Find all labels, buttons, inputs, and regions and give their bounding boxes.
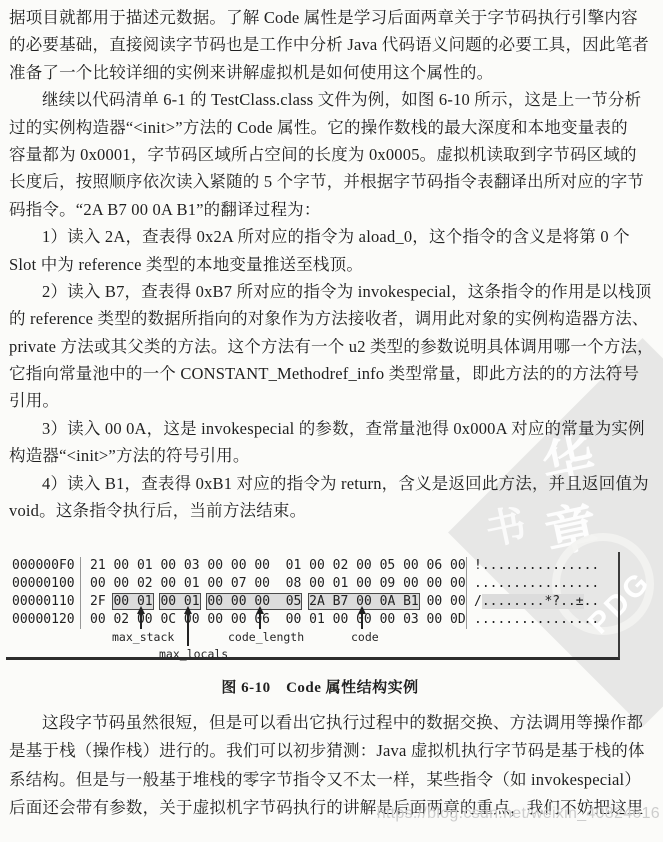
hex-row-code-attribute: 00000110 2F 00 01 00 01 00 00 00 05 2A B…: [6, 593, 618, 611]
hex-offset: 00000110: [6, 593, 80, 611]
text-line: 过的实例构造器“<init>”方法的 Code 属性。它的操作数栈的最大深度和本…: [9, 114, 659, 141]
text-line-content: 容量都为 0x0001，字节码区域所占空间的长度为 0x0005。虚拟机读取到字…: [9, 145, 637, 164]
text-line-content: 系结构。但是与一般基于堆栈的零字节指令又不太一样，某些指令（如 invokesp…: [9, 770, 641, 789]
text-line-content: 的必要基础，直接阅读字节码也是工作中分析 Java 代码语义问题的必要工具，因此…: [9, 35, 649, 54]
arrow-code-length: [259, 613, 261, 629]
arrow-max-stack: [140, 613, 142, 629]
text-line-content: 3）读入 00 0A，这是 invokespecial 的参数，查常量池得 0x…: [42, 419, 645, 438]
text-line-content: 码指令。“2A B7 00 0A B1”的翻译过程为：: [9, 200, 321, 219]
text-line: 准备了一个比较详细的实例来讲解虚拟机是如何使用这个属性的。: [9, 59, 659, 86]
label-code: code: [351, 630, 379, 644]
hex-ascii-post: ..: [584, 594, 600, 609]
text-line-content: 据项目就都用于描述元数据。了解 Code 属性是学习后面两章关于字节码执行引擎内…: [9, 8, 638, 27]
hex-ascii-highlight: ........*?..±: [482, 594, 584, 609]
label-max-stack: max_stack: [112, 630, 174, 644]
hex-ascii: ................: [466, 575, 618, 593]
text-line-content: 这段字节码虽然很短，但是可以看出它执行过程中的数据交换、方法调用等操作都: [42, 713, 643, 732]
text-line-content: 的 reference 类型的数据所指向的对象作为方法接收者，调用此对象的实例构…: [9, 309, 649, 328]
text-line: 长度后，按照顺序依次读入紧随的 5 个字节，并根据字节码指令表翻译出所对应的字节: [9, 168, 659, 195]
text-line: void。这条指令执行后，当前方法结束。: [9, 497, 659, 524]
label-code-length: code_length: [228, 630, 304, 644]
arrow-code: [361, 613, 363, 629]
text-line-content: 4）读入 B1，查表得 0xB1 对应的指令为 return，含义是返回此方法，…: [42, 474, 649, 493]
text-line: 系结构。但是与一般基于堆栈的零字节指令又不太一样，某些指令（如 invokesp…: [9, 766, 659, 794]
hex-byte-group: 00 01: [113, 594, 152, 609]
hex-offset: 00000100: [6, 575, 80, 593]
text-line-content: 1）读入 2A，查表得 0x2A 所对应的指令为 aload_0，这个指令的含义…: [42, 227, 630, 246]
text-line-content: 长度后，按照顺序依次读入紧随的 5 个字节，并根据字节码指令表翻译出所对应的字节: [9, 172, 644, 191]
body-text-top: 据项目就都用于描述元数据。了解 Code 属性是学习后面两章关于字节码执行引擎内…: [9, 4, 659, 524]
hex-ascii: ................: [466, 611, 618, 629]
text-line: 它指向常量池中的一个 CONSTANT_Methodref_info 类型常量，…: [9, 360, 659, 387]
text-line: 继续以代码清单 6-1 的 TestClass.class 文件为例，如图 6-…: [9, 86, 659, 113]
hex-row: 00000100 00 00 02 00 01 00 07 00 08 00 0…: [6, 575, 618, 593]
text-line: Slot 中为 reference 类型的本地变量推送至栈顶。: [9, 251, 659, 278]
text-line: 4）读入 B1，查表得 0xB1 对应的指令为 return，含义是返回此方法，…: [9, 470, 659, 497]
label-max-locals: max_locals: [159, 647, 228, 661]
text-line: 引用。: [9, 387, 659, 414]
hex-row: 00000120 00 02 00 0C 00 00 00 06 00 01 0…: [6, 611, 618, 629]
text-line: 的必要基础，直接阅读字节码也是工作中分析 Java 代码语义问题的必要工具，因此…: [9, 31, 659, 58]
hex-bytes: 00 00 02 00 01 00 07 00 08 00 01 00 09 0…: [80, 575, 466, 593]
hex-row: 000000F0 21 00 01 00 03 00 00 00 01 00 0…: [6, 557, 618, 575]
text-line-content: 是基于栈（操作栈）进行的。我们可以初步猜测：Java 虚拟机执行字节码是基于栈的…: [9, 741, 645, 760]
arrow-max-locals: [187, 613, 189, 646]
hex-offset: 00000120: [6, 611, 80, 629]
text-line-content: 过的实例构造器“<init>”方法的 Code 属性。它的操作数栈的最大深度和本…: [9, 118, 628, 137]
text-line: 构造器“<init>”方法的符号引用。: [9, 442, 659, 469]
hex-byte-group: 00 00 00 05: [207, 594, 301, 609]
text-line-content: void。这条指令执行后，当前方法结束。: [9, 501, 306, 520]
text-line-content: 它指向常量池中的一个 CONSTANT_Methodref_info 类型常量，…: [9, 364, 639, 383]
hex-bytes: 21 00 01 00 03 00 00 00 01 00 02 00 05 0…: [80, 557, 466, 575]
text-line-content: Slot 中为 reference 类型的本地变量推送至栈顶。: [9, 255, 363, 274]
text-line: 这段字节码虽然很短，但是可以看出它执行过程中的数据交换、方法调用等操作都: [9, 709, 659, 737]
hex-offset: 000000F0: [6, 557, 80, 575]
text-line: private 方法或其父类的方法。这个方法有一个 u2 类型的参数说明具体调用…: [9, 333, 659, 360]
text-line-content: private 方法或其父类的方法。这个方法有一个 u2 类型的参数说明具体调用…: [9, 337, 654, 356]
csdn-watermark-url: https://blog.csdn.net/weixin_40824616: [377, 805, 660, 823]
figure-caption: 图 6-10 Code 属性结构实例: [0, 676, 640, 697]
text-line: 2）读入 B7，查表得 0xB7 所对应的指令为 invokespecial，这…: [9, 278, 659, 305]
hex-ascii-pre: /: [474, 594, 482, 609]
hex-byte-group: 00 00: [419, 594, 466, 609]
text-line: 码指令。“2A B7 00 0A B1”的翻译过程为：: [9, 196, 659, 223]
hex-byte-group: 2F: [90, 594, 113, 609]
hexdump-figure: 000000F0 21 00 01 00 03 00 00 00 01 00 0…: [6, 552, 620, 660]
text-line-content: 2）读入 B7，查表得 0xB7 所对应的指令为 invokespecial，这…: [42, 282, 651, 301]
hex-byte-group: [301, 594, 309, 609]
text-line: 是基于栈（操作栈）进行的。我们可以初步猜测：Java 虚拟机执行字节码是基于栈的…: [9, 737, 659, 765]
text-line-content: 准备了一个比较详细的实例来讲解虚拟机是如何使用这个属性的。: [9, 63, 493, 82]
text-line: 1）读入 2A，查表得 0x2A 所对应的指令为 aload_0，这个指令的含义…: [9, 223, 659, 250]
hex-ascii: !...............: [466, 557, 618, 575]
text-line: 的 reference 类型的数据所指向的对象作为方法接收者，调用此对象的实例构…: [9, 305, 659, 332]
text-line: 容量都为 0x0001，字节码区域所占空间的长度为 0x0005。虚拟机读取到字…: [9, 141, 659, 168]
text-line: 据项目就都用于描述元数据。了解 Code 属性是学习后面两章关于字节码执行引擎内…: [9, 4, 659, 31]
book-page: 华 章 书 PDG 据项目就都用于描述元数据。了解 Code 属性是学习后面两章…: [0, 0, 663, 842]
text-line-content: 构造器“<init>”方法的符号引用。: [9, 446, 250, 465]
text-line: 3）读入 00 0A，这是 invokespecial 的参数，查常量池得 0x…: [9, 415, 659, 442]
hex-ascii: /........*?..±..: [466, 593, 618, 611]
hex-byte-group: 00 01: [160, 594, 199, 609]
text-line-content: 继续以代码清单 6-1 的 TestClass.class 文件为例，如图 6-…: [42, 90, 641, 109]
text-line-content: 引用。: [9, 391, 59, 410]
